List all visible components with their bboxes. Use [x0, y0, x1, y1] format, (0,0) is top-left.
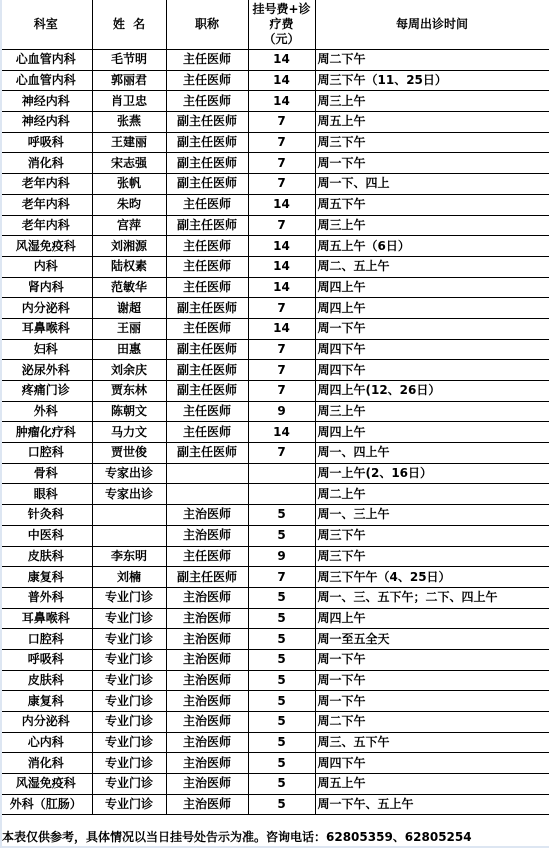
time-cell: 周二上午 — [315, 484, 549, 505]
table-row: 疼痛门诊贾东林副主任医师7周四上午(12、26日） — [0, 381, 549, 402]
time-cell: 周二下午 — [315, 712, 549, 733]
title-cell: 主治医师 — [166, 629, 248, 650]
table-row: 康复科专业门诊主治医师5周一下午 — [0, 691, 549, 712]
table-row: 呼吸科王建丽副主任医师7周三下午 — [0, 132, 549, 153]
table-row: 普外科专业门诊主治医师5周一、三、五下午；二下、四上午 — [0, 587, 549, 608]
fee-cell: 14 — [248, 91, 315, 112]
fee-cell: 7 — [248, 381, 315, 402]
fee-cell: 7 — [248, 339, 315, 360]
name-cell: 刘湘源 — [92, 236, 166, 257]
time-cell: 周一下、四上 — [315, 174, 549, 195]
table-row: 耳鼻喉科专业门诊主治医师5周四上午 — [0, 608, 549, 629]
table-row: 耳鼻喉科王丽主任医师14周一下午 — [0, 318, 549, 339]
dept-cell: 老年内科 — [0, 215, 92, 236]
title-cell: 主任医师 — [166, 194, 248, 215]
title-cell: 主治医师 — [166, 753, 248, 774]
name-cell: 专业门诊 — [92, 732, 166, 753]
time-cell: 周五下午 — [315, 194, 549, 215]
dept-cell: 肿瘤化疗科 — [0, 422, 92, 443]
name-cell: 专业门诊 — [92, 753, 166, 774]
table-row: 肿瘤化疗科马力文主任医师14周四上午 — [0, 422, 549, 443]
fee-cell: 14 — [248, 236, 315, 257]
table-row: 心内科专业门诊主治医师5周三、五下午 — [0, 732, 549, 753]
time-cell: 周三上午 — [315, 91, 549, 112]
dept-cell: 皮肤科 — [0, 670, 92, 691]
time-cell: 周三下午（11、25日） — [315, 70, 549, 91]
schedule-sheet: 科室 姓 名 职称 挂号费+诊 疗费 （元） 每周出诊时间 心血管内科毛节明主任… — [0, 0, 549, 848]
fee-cell: 5 — [248, 525, 315, 546]
time-cell: 周四下午 — [315, 753, 549, 774]
dept-cell: 口腔科 — [0, 629, 92, 650]
name-cell: 张帆 — [92, 174, 166, 195]
time-cell: 周四下午 — [315, 360, 549, 381]
footer-note: 本表仅供参考，具体情况以当日挂号处告示为准。咨询电话：62805359、6280… — [2, 828, 472, 846]
name-cell: 专家出诊 — [92, 463, 166, 484]
fee-cell: 7 — [248, 153, 315, 174]
title-cell: 主治医师 — [166, 587, 248, 608]
dept-cell: 泌尿外科 — [0, 360, 92, 381]
time-cell: 周三下午 — [315, 546, 549, 567]
title-cell: 主治医师 — [166, 608, 248, 629]
time-cell: 周三下午 — [315, 525, 549, 546]
dept-cell: 妇科 — [0, 339, 92, 360]
left-edge — [0, 0, 2, 848]
title-cell: 副主任医师 — [166, 174, 248, 195]
name-cell: 专家出诊 — [92, 484, 166, 505]
name-cell: 陈朝文 — [92, 401, 166, 422]
fee-cell: 7 — [248, 443, 315, 464]
fee-cell: 7 — [248, 112, 315, 133]
fee-cell: 5 — [248, 505, 315, 526]
title-cell: 主治医师 — [166, 649, 248, 670]
title-cell: 主任医师 — [166, 256, 248, 277]
name-cell: 朱昀 — [92, 194, 166, 215]
time-cell: 周五上午 — [315, 774, 549, 795]
title-cell: 副主任医师 — [166, 360, 248, 381]
title-cell: 副主任医师 — [166, 215, 248, 236]
dept-cell: 老年内科 — [0, 194, 92, 215]
fee-cell: 7 — [248, 174, 315, 195]
time-cell: 周四上午(12、26日） — [315, 381, 549, 402]
time-cell: 周一、三、五下午；二下、四上午 — [315, 587, 549, 608]
table-row: 消化科宋志强副主任医师7周一下午 — [0, 153, 549, 174]
time-cell: 周四上午 — [315, 608, 549, 629]
dept-cell: 心血管内科 — [0, 50, 92, 71]
dept-cell: 呼吸科 — [0, 649, 92, 670]
dept-cell: 康复科 — [0, 691, 92, 712]
fee-cell: 5 — [248, 732, 315, 753]
title-cell: 主治医师 — [166, 794, 248, 815]
name-cell: 专业门诊 — [92, 794, 166, 815]
fee-cell — [248, 484, 315, 505]
title-cell: 主任医师 — [166, 401, 248, 422]
header-name: 姓 名 — [92, 0, 166, 50]
title-cell: 主治医师 — [166, 732, 248, 753]
dept-cell: 普外科 — [0, 587, 92, 608]
name-cell: 范敏华 — [92, 277, 166, 298]
dept-cell: 疼痛门诊 — [0, 381, 92, 402]
table-row: 内科陆权素主任医师14周二、五上午 — [0, 256, 549, 277]
fee-cell: 9 — [248, 401, 315, 422]
dept-cell: 眼科 — [0, 484, 92, 505]
dept-cell: 内科 — [0, 256, 92, 277]
name-cell: 王建丽 — [92, 132, 166, 153]
title-cell: 副主任医师 — [166, 153, 248, 174]
table-row: 心血管内科毛节明主任医师14周二下午 — [0, 50, 549, 71]
dept-cell: 呼吸科 — [0, 132, 92, 153]
time-cell: 周一下午 — [315, 318, 549, 339]
table-row: 风湿免疫科专业门诊主治医师5周五上午 — [0, 774, 549, 795]
title-cell: 副主任医师 — [166, 381, 248, 402]
name-cell: 专业门诊 — [92, 649, 166, 670]
fee-cell: 9 — [248, 546, 315, 567]
name-cell: 田惠 — [92, 339, 166, 360]
time-cell: 周一下午、五上午 — [315, 794, 549, 815]
header-fee: 挂号费+诊 疗费 （元） — [248, 0, 315, 50]
dept-cell: 消化科 — [0, 153, 92, 174]
name-cell: 贾东林 — [92, 381, 166, 402]
dept-cell: 老年内科 — [0, 174, 92, 195]
title-cell: 主治医师 — [166, 712, 248, 733]
outpatient-schedule-table: 科室 姓 名 职称 挂号费+诊 疗费 （元） 每周出诊时间 心血管内科毛节明主任… — [0, 0, 549, 815]
table-row: 老年内科宫萍副主任医师7周三上午 — [0, 215, 549, 236]
time-cell: 周五上午（6日） — [315, 236, 549, 257]
name-cell: 刘余庆 — [92, 360, 166, 381]
table-row: 老年内科张帆副主任医师7周一下、四上 — [0, 174, 549, 195]
title-cell: 副主任医师 — [166, 132, 248, 153]
table-row: 眼科专家出诊周二上午 — [0, 484, 549, 505]
time-cell: 周一、四上午 — [315, 443, 549, 464]
table-row: 康复科刘楠副主任医师7周三下午午（4、25日） — [0, 567, 549, 588]
table-row: 针灸科主治医师5周一、三上午 — [0, 505, 549, 526]
name-cell: 专业门诊 — [92, 712, 166, 733]
table-row: 皮肤科李东明主任医师9周三下午 — [0, 546, 549, 567]
table-row: 皮肤科专业门诊主治医师5周一下午 — [0, 670, 549, 691]
fee-cell: 14 — [248, 50, 315, 71]
name-cell: 专业门诊 — [92, 629, 166, 650]
dept-cell: 康复科 — [0, 567, 92, 588]
time-cell: 周一下午 — [315, 153, 549, 174]
dept-cell: 肾内科 — [0, 277, 92, 298]
name-cell: 宋志强 — [92, 153, 166, 174]
time-cell: 周三上午 — [315, 401, 549, 422]
dept-cell: 神经内科 — [0, 91, 92, 112]
table-row: 骨科专家出诊周一上午(2、16日） — [0, 463, 549, 484]
table-row: 肾内科范敏华主任医师14周四上午 — [0, 277, 549, 298]
time-cell: 周三下午午（4、25日） — [315, 567, 549, 588]
dept-cell: 神经内科 — [0, 112, 92, 133]
time-cell: 周三上午 — [315, 215, 549, 236]
name-cell: 王丽 — [92, 318, 166, 339]
time-cell: 周二、五上午 — [315, 256, 549, 277]
title-cell: 主任医师 — [166, 236, 248, 257]
fee-cell: 14 — [248, 318, 315, 339]
dept-cell: 内分泌科 — [0, 712, 92, 733]
fee-cell: 7 — [248, 567, 315, 588]
time-cell: 周四上午 — [315, 298, 549, 319]
time-cell: 周一下午 — [315, 649, 549, 670]
table-row: 呼吸科专业门诊主治医师5周一下午 — [0, 649, 549, 670]
table-row: 风湿免疫科刘湘源主任医师14周五上午（6日） — [0, 236, 549, 257]
name-cell: 郭丽君 — [92, 70, 166, 91]
time-cell: 周三、五下午 — [315, 732, 549, 753]
fee-cell: 5 — [248, 629, 315, 650]
dept-cell: 风湿免疫科 — [0, 236, 92, 257]
title-cell: 主治医师 — [166, 525, 248, 546]
fee-cell: 5 — [248, 691, 315, 712]
fee-cell: 14 — [248, 70, 315, 91]
title-cell: 主任医师 — [166, 91, 248, 112]
name-cell: 宫萍 — [92, 215, 166, 236]
fee-cell: 14 — [248, 422, 315, 443]
fee-cell: 5 — [248, 774, 315, 795]
name-cell: 肖卫忠 — [92, 91, 166, 112]
time-cell: 周一下午 — [315, 670, 549, 691]
name-cell — [92, 505, 166, 526]
fee-cell — [248, 463, 315, 484]
title-cell: 副主任医师 — [166, 112, 248, 133]
title-cell: 主任医师 — [166, 546, 248, 567]
header-row: 科室 姓 名 职称 挂号费+诊 疗费 （元） 每周出诊时间 — [0, 0, 549, 50]
name-cell: 专业门诊 — [92, 587, 166, 608]
table-row: 神经内科张燕副主任医师7周五上午 — [0, 112, 549, 133]
title-cell: 副主任医师 — [166, 567, 248, 588]
dept-cell: 外科 — [0, 401, 92, 422]
name-cell: 专业门诊 — [92, 608, 166, 629]
title-cell: 副主任医师 — [166, 339, 248, 360]
header-time: 每周出诊时间 — [315, 0, 549, 50]
header-title: 职称 — [166, 0, 248, 50]
fee-cell: 5 — [248, 608, 315, 629]
name-cell: 马力文 — [92, 422, 166, 443]
time-cell: 周一至五全天 — [315, 629, 549, 650]
time-cell: 周四上午 — [315, 422, 549, 443]
dept-cell: 消化科 — [0, 753, 92, 774]
fee-cell: 14 — [248, 256, 315, 277]
title-cell: 主治医师 — [166, 505, 248, 526]
fee-cell: 7 — [248, 215, 315, 236]
dept-cell: 内分泌科 — [0, 298, 92, 319]
title-cell: 主任医师 — [166, 277, 248, 298]
dept-cell: 中医科 — [0, 525, 92, 546]
dept-cell: 外科（肛肠） — [0, 794, 92, 815]
time-cell: 周四上午 — [315, 277, 549, 298]
table-row: 神经内科肖卫忠主任医师14周三上午 — [0, 91, 549, 112]
table-row: 内分泌科专业门诊主治医师5周二下午 — [0, 712, 549, 733]
dept-cell: 皮肤科 — [0, 546, 92, 567]
table-row: 心血管内科郭丽君主任医师14周三下午（11、25日） — [0, 70, 549, 91]
fee-cell: 7 — [248, 360, 315, 381]
table-row: 泌尿外科刘余庆副主任医师7周四下午 — [0, 360, 549, 381]
title-cell: 主治医师 — [166, 670, 248, 691]
fee-cell: 5 — [248, 649, 315, 670]
dept-cell: 骨科 — [0, 463, 92, 484]
title-cell: 主任医师 — [166, 50, 248, 71]
table-row: 口腔科贾世俊副主任医师7周一、四上午 — [0, 443, 549, 464]
name-cell: 刘楠 — [92, 567, 166, 588]
dept-cell: 耳鼻喉科 — [0, 318, 92, 339]
fee-cell: 5 — [248, 753, 315, 774]
name-cell: 贾世俊 — [92, 443, 166, 464]
fee-cell: 7 — [248, 298, 315, 319]
title-cell: 副主任医师 — [166, 443, 248, 464]
dept-cell: 心血管内科 — [0, 70, 92, 91]
title-cell — [166, 484, 248, 505]
fee-cell: 14 — [248, 194, 315, 215]
time-cell: 周一、三上午 — [315, 505, 549, 526]
table-row: 中医科主治医师5周三下午 — [0, 525, 549, 546]
table-row: 口腔科专业门诊主治医师5周一至五全天 — [0, 629, 549, 650]
name-cell: 专业门诊 — [92, 691, 166, 712]
dept-cell: 心内科 — [0, 732, 92, 753]
time-cell: 周三下午 — [315, 132, 549, 153]
name-cell: 专业门诊 — [92, 774, 166, 795]
dept-cell: 耳鼻喉科 — [0, 608, 92, 629]
title-cell: 主治医师 — [166, 691, 248, 712]
table-row: 消化科专业门诊主治医师5周四下午 — [0, 753, 549, 774]
name-cell: 谢超 — [92, 298, 166, 319]
fee-cell: 5 — [248, 712, 315, 733]
name-cell: 毛节明 — [92, 50, 166, 71]
title-cell — [166, 463, 248, 484]
time-cell: 周一下午 — [315, 691, 549, 712]
table-row: 老年内科朱昀主任医师14周五下午 — [0, 194, 549, 215]
table-row: 内分泌科谢超副主任医师7周四上午 — [0, 298, 549, 319]
time-cell: 周四下午 — [315, 339, 549, 360]
title-cell: 主任医师 — [166, 70, 248, 91]
time-cell: 周五上午 — [315, 112, 549, 133]
table-row: 外科（肛肠）专业门诊主治医师5周一下午、五上午 — [0, 794, 549, 815]
name-cell: 陆权素 — [92, 256, 166, 277]
name-cell: 张燕 — [92, 112, 166, 133]
header-dept: 科室 — [0, 0, 92, 50]
time-cell: 周二下午 — [315, 50, 549, 71]
fee-cell: 5 — [248, 794, 315, 815]
name-cell: 专业门诊 — [92, 670, 166, 691]
title-cell: 主任医师 — [166, 422, 248, 443]
time-cell: 周一上午(2、16日） — [315, 463, 549, 484]
table-row: 外科陈朝文主任医师9周三上午 — [0, 401, 549, 422]
dept-cell: 口腔科 — [0, 443, 92, 464]
dept-cell: 针灸科 — [0, 505, 92, 526]
title-cell: 主治医师 — [166, 774, 248, 795]
title-cell: 主任医师 — [166, 318, 248, 339]
title-cell: 副主任医师 — [166, 298, 248, 319]
name-cell — [92, 525, 166, 546]
fee-cell: 5 — [248, 670, 315, 691]
dept-cell: 风湿免疫科 — [0, 774, 92, 795]
name-cell: 李东明 — [92, 546, 166, 567]
fee-cell: 7 — [248, 132, 315, 153]
fee-cell: 5 — [248, 587, 315, 608]
fee-cell: 14 — [248, 277, 315, 298]
table-row: 妇科田惠副主任医师7周四下午 — [0, 339, 549, 360]
